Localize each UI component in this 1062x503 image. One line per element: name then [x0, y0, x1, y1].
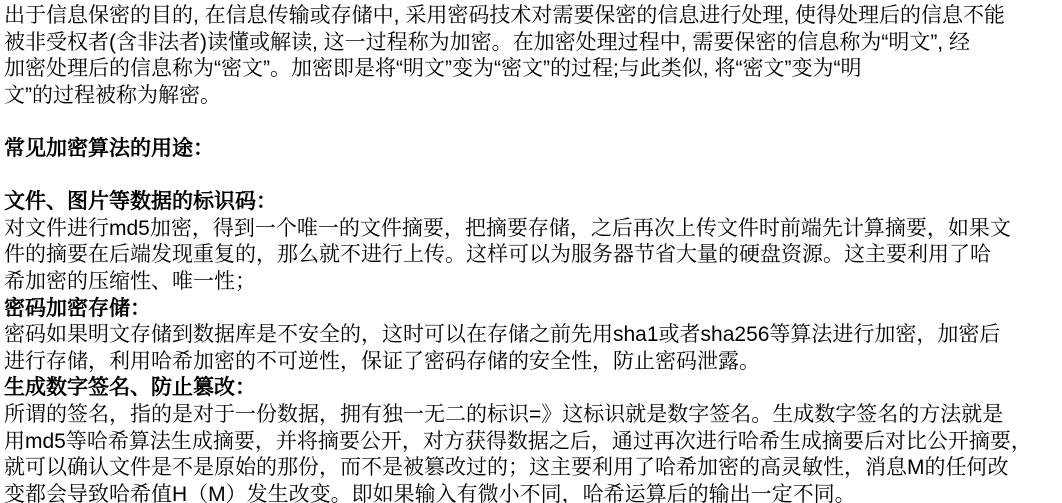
text-line: 加密处理后的信息称为“密文”。加密即是将“明文”变为“密文”的过程;与此类似, … — [4, 56, 1060, 83]
section-heading: 密码加密存储： — [4, 296, 1060, 323]
section-password-storage: 密码加密存储： 密码如果明文存储到数据库是不安全的，这时可以在存储之前先用sha… — [4, 296, 1060, 376]
text-line: 希加密的压缩性、唯一性； — [4, 269, 1060, 296]
text-line: 用md5等哈希算法生成摘要，并将摘要公开，对方获得数据之后，通过再次进行哈希生成… — [4, 429, 1060, 456]
blank-line — [4, 109, 1060, 136]
text-line: 进行存储，利用哈希加密的不可逆性，保证了密码存储的安全性，防止密码泄露。 — [4, 349, 1060, 376]
text-line: 被非受权者(含非法者)读懂或解读, 这一过程称为加密。在加密处理过程中, 需要保… — [4, 30, 1060, 57]
text-line: 出于信息保密的目的, 在信息传输或存储中, 采用密码技术对需要保密的信息进行处理… — [4, 3, 1060, 30]
section-heading: 生成数字签名、防止篡改： — [4, 375, 1060, 402]
section-heading: 文件、图片等数据的标识码： — [4, 189, 1060, 216]
text-line: 对文件进行md5加密，得到一个唯一的文件摘要，把摘要存储，之后再次上传文件时前端… — [4, 216, 1060, 243]
text-line: 件的摘要在后端发现重复的，那么就不进行上传。这样可以为服务器节省大量的硬盘资源。… — [4, 242, 1060, 269]
text-line: 所谓的签名，指的是对于一份数据，拥有独一无二的标识=》这标识就是数字签名。生成数… — [4, 402, 1060, 429]
text-line: 密码如果明文存储到数据库是不安全的，这时可以在存储之前先用sha1或者sha25… — [4, 322, 1060, 349]
text-line: 文”的过程被称为解密。 — [4, 83, 1060, 110]
text-line: 变都会导致哈希值H（M）发生改变。即如果输入有微小不同，哈希运算后的输出一定不同… — [4, 482, 1060, 503]
blank-line — [4, 163, 1060, 190]
document-page: 出于信息保密的目的, 在信息传输或存储中, 采用密码技术对需要保密的信息进行处理… — [0, 0, 1062, 503]
section-file-identifier: 文件、图片等数据的标识码： 对文件进行md5加密，得到一个唯一的文件摘要，把摘要… — [4, 189, 1060, 295]
intro-paragraph: 出于信息保密的目的, 在信息传输或存储中, 采用密码技术对需要保密的信息进行处理… — [4, 3, 1060, 109]
usage-title: 常见加密算法的用途： — [4, 136, 1060, 163]
section-digital-signature: 生成数字签名、防止篡改： 所谓的签名，指的是对于一份数据，拥有独一无二的标识=》… — [4, 375, 1060, 503]
text-line: 就可以确认文件是不是原始的那份，而不是被篡改过的；这主要利用了哈希加密的高灵敏性… — [4, 455, 1060, 482]
